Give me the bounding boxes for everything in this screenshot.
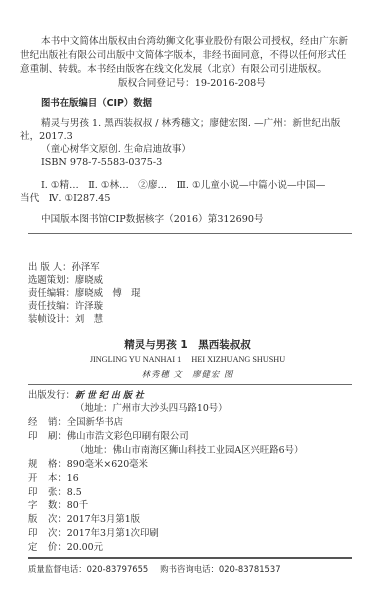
detail-impression: 印次：2017年3月第1次印刷 bbox=[28, 527, 159, 541]
detail-label-a: 规 bbox=[28, 458, 48, 472]
cip-line-2: 社，2017.3 bbox=[20, 130, 73, 144]
cip-number: 中国版本图书馆CIP数据核字（2016）第312690号 bbox=[41, 213, 264, 227]
credit-value: 孙泽军 bbox=[71, 262, 99, 273]
detail-label-a: 字 bbox=[28, 499, 48, 513]
quality-phone: 质量监督电话：020-83797655 bbox=[28, 564, 148, 574]
cip-divider bbox=[28, 233, 352, 234]
credit-editor: 责任编辑：廖晓威 傅 琨 bbox=[28, 287, 141, 301]
title-divider bbox=[28, 384, 352, 385]
copyright-line-2: 世纪出版社有限公司出版中文简体字版本，非经书面同意，不得以任何形式任 bbox=[20, 49, 346, 63]
credit-designer: 装帧设计：刘 慧 bbox=[28, 313, 103, 327]
credit-planner: 选题策划：廖晓威 bbox=[28, 274, 103, 288]
copyright-line-3: 意重制、转载。本书经由版客在线文化发展（北京）有限公司引进版权。 bbox=[20, 63, 327, 77]
credit-value: 刘 慧 bbox=[75, 314, 103, 325]
publisher-row: 出版发行：新世纪出版社 bbox=[28, 389, 147, 403]
publisher-label: 出版发行： bbox=[28, 390, 75, 401]
detail-label-b: 张： bbox=[48, 487, 67, 498]
credit-label: 出 版 人： bbox=[28, 262, 71, 273]
contract-number: 版权合同登记号：19-2016-208号 bbox=[118, 77, 266, 91]
detail-label-b: 格： bbox=[48, 459, 67, 470]
detail-label-b: 销： bbox=[48, 417, 67, 428]
detail-label-a: 定 bbox=[28, 541, 48, 555]
classification-line-1: Ⅰ. ①精… Ⅱ. ①林… ②廖… Ⅲ. ①儿童小说—中篇小说—中国— bbox=[41, 179, 325, 193]
isbn: ISBN 978-7-5583-0375-3 bbox=[41, 156, 162, 170]
detail-label-a: 经 bbox=[28, 416, 48, 430]
book-pinyin: JINGLING YU NANHAI 1 HEI XIZHUANG SHUSHU bbox=[0, 354, 375, 366]
detail-format: 规格：890毫米×620毫米 bbox=[28, 458, 148, 472]
credit-technical-editor: 责任技编：许泽璇 bbox=[28, 300, 103, 314]
cip-line-3: （童心树华文原创. 生命启迪故事） bbox=[41, 143, 191, 157]
detail-value: 20.00元 bbox=[67, 542, 103, 553]
credit-value: 许泽璇 bbox=[75, 301, 103, 312]
credit-value: 廖晓威 bbox=[75, 275, 103, 286]
detail-value: 16 bbox=[67, 473, 79, 484]
detail-value: 全国新华书店 bbox=[67, 417, 123, 428]
detail-label-a: 开 bbox=[28, 472, 48, 486]
detail-label-a: 印 bbox=[28, 527, 48, 541]
cip-header: 图书在版编目（CIP）数据 bbox=[41, 97, 152, 111]
purchase-phone: 购书咨询电话：020-83781537 bbox=[160, 564, 280, 574]
detail-label-a: 印 bbox=[28, 430, 48, 444]
detail-value: 佛山市浩文彩色印刷有限公司 bbox=[67, 431, 189, 442]
detail-label-b: 次： bbox=[48, 528, 67, 539]
detail-sheets: 印张：8.5 bbox=[28, 486, 82, 500]
detail-distributor: 经销：全国新华书店 bbox=[28, 416, 123, 430]
cip-line-1: 精灵与男孩 1. 黑西装叔叔 / 林秀穗文；廖健宏图. —广州：新世纪出版 bbox=[41, 117, 340, 131]
detail-label-a: 印 bbox=[28, 486, 48, 500]
detail-label-b: 数： bbox=[48, 500, 67, 511]
detail-word-count: 字数：80千 bbox=[28, 499, 88, 513]
footer-phones: 质量监督电话：020-83797655购书咨询电话：020-83781537 bbox=[28, 563, 281, 575]
detail-label-b: 刷： bbox=[48, 431, 67, 442]
publisher-address: （地址：广州市大沙头四马路10号） bbox=[75, 402, 228, 416]
book-authors: 林秀穗 文 廖健宏 图 bbox=[0, 368, 375, 380]
publisher-logo: 新世纪出版社 bbox=[75, 391, 147, 401]
credit-label: 责任编辑： bbox=[28, 288, 75, 299]
credit-label: 选题策划： bbox=[28, 275, 75, 286]
detail-printer: 印刷：佛山市浩文彩色印刷有限公司 bbox=[28, 430, 189, 444]
credit-label: 责任技编： bbox=[28, 301, 75, 312]
detail-value: 2017年3月第1版 bbox=[67, 514, 140, 525]
credit-value: 廖晓威 傅 琨 bbox=[75, 288, 141, 299]
book-title: 精灵与男孩 1 黑西装叔叔 bbox=[0, 338, 375, 352]
printer-address: （地址：佛山市南海区狮山科技工业园A区兴旺路6号） bbox=[75, 444, 303, 458]
detail-label-a: 版 bbox=[28, 513, 48, 527]
detail-value: 80千 bbox=[67, 500, 88, 511]
detail-value: 890毫米×620毫米 bbox=[67, 459, 148, 470]
credit-publisher: 出 版 人：孙泽军 bbox=[28, 261, 100, 275]
copyright-line-1: 本书中文简体出版权由台湾幼狮文化事业股份有限公司授权，经由广东新 bbox=[41, 35, 348, 49]
detail-value: 8.5 bbox=[67, 487, 82, 498]
detail-folio: 开本：16 bbox=[28, 472, 79, 486]
footer-divider bbox=[28, 557, 352, 559]
detail-edition: 版次：2017年3月第1版 bbox=[28, 513, 140, 527]
detail-value: 2017年3月第1次印刷 bbox=[67, 528, 159, 539]
credit-label: 装帧设计： bbox=[28, 314, 75, 325]
detail-label-b: 次： bbox=[48, 514, 67, 525]
classification-line-2: 当代 Ⅳ. ①I287.45 bbox=[20, 192, 110, 206]
detail-label-b: 价： bbox=[48, 542, 67, 553]
detail-label-b: 本： bbox=[48, 473, 67, 484]
detail-price: 定价：20.00元 bbox=[28, 541, 103, 555]
